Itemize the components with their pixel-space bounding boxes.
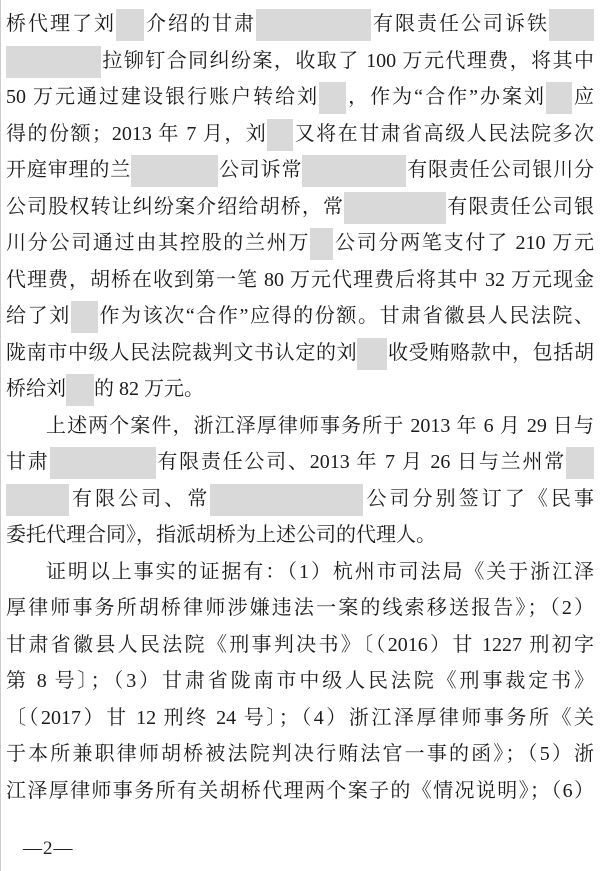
text-run: 开庭审理的兰 (6, 159, 131, 181)
text-line: 上述两个案件，浙江泽厚律师事务所于 2013 年 6 月 29 日与 (6, 408, 594, 445)
text-line: 50 万元通过建设银行账户转给刘，作为“合作”办案刘应 (6, 79, 594, 116)
text-run: 甘肃省徽县人民法院《刑事判决书》〔（2016）甘 1227 刑初字 (6, 634, 594, 656)
text-line: 〔（2017）甘 12 刑终 24 号〕；（4）浙江泽厚律师事务所《关 (6, 700, 594, 737)
text-run: 第 8 号〕；（3）甘肃省陇南市中级人民法院《刑事裁定书》 (6, 670, 594, 692)
text-run: 委托代理合同》，指派胡桥为上述公司的代理人。 (6, 524, 436, 546)
text-line: 代理费，胡桥在收到第一笔 80 万元代理费后将其中 32 万元现金 (6, 262, 594, 299)
redaction-bar (357, 338, 387, 370)
text-run: 的 82 万元。 (94, 378, 204, 400)
text-line: 川分公司通过由其控股的兰州万公司分两笔支付了 210 万元 (6, 225, 594, 262)
text-run: 有限责任公司诉铁 (371, 13, 549, 35)
document-page: 桥代理了刘介绍的甘肃有限责任公司诉铁拉铆钉合同纠纷案，收取了 100 万元代理费… (0, 0, 600, 871)
text-line: 开庭审理的兰公司诉常有限责任公司银川分 (6, 152, 594, 189)
text-run: 于本所兼职律师胡桥被法院判决行贿法官一事的函》；（5）浙 (6, 743, 594, 765)
text-line: 得的份额；2013 年 7 月，刘又将在甘肃省高级人民法院多次 (6, 116, 594, 153)
redaction-bar (267, 119, 293, 151)
text-run: 证明以上事实的证据有：（1）杭州市司法局《关于浙江泽 (46, 561, 594, 583)
text-line: 第 8 号〕；（3）甘肃省陇南市中级人民法院《刑事裁定书》 (6, 663, 594, 700)
redaction-bar (546, 82, 572, 114)
text-line: 证明以上事实的证据有：（1）杭州市司法局《关于浙江泽 (6, 554, 594, 591)
text-line: 给了刘作为该次“合作”应得的份额。甘肃省徽县人民法院、 (6, 298, 594, 335)
text-line: 桥给刘的 82 万元。 (6, 371, 594, 408)
document-body: 桥代理了刘介绍的甘肃有限责任公司诉铁拉铆钉合同纠纷案，收取了 100 万元代理费… (1, 0, 600, 809)
redaction-bar (310, 228, 333, 260)
text-run: 陇南市中级人民法院裁判文书认定的刘 (6, 342, 357, 364)
redaction-bar (6, 484, 69, 516)
text-line: 甘肃有限责任公司、2013 年 7 月 26 日与兰州常 (6, 444, 594, 481)
text-run: 桥代理了刘 (6, 13, 116, 35)
text-line: 陇南市中级人民法院裁判文书认定的刘收受贿赂款中，包括胡 (6, 335, 594, 372)
text-run: 代理费，胡桥在收到第一笔 80 万元代理费后将其中 32 万元现金 (6, 269, 594, 291)
redaction-bar (319, 82, 346, 114)
redaction-bar (71, 301, 98, 333)
text-run: 拉铆钉合同纠纷案，收取了 100 万元代理费，将其中 (101, 50, 594, 72)
text-run: 公司分别签订了《民事 (363, 488, 594, 510)
text-run: 〔（2017）甘 12 刑终 24 号〕；（4）浙江泽厚律师事务所《关 (6, 707, 594, 729)
text-run: 厚律师事务所胡桥律师涉嫌违法一案的线索移送报告》；（2） (6, 597, 594, 619)
text-run: 上述两个案件，浙江泽厚律师事务所于 2013 年 6 月 29 日与 (46, 415, 594, 437)
text-line: 厚律师事务所胡桥律师涉嫌违法一案的线索移送报告》；（2） (6, 590, 594, 627)
text-line: 拉铆钉合同纠纷案，收取了 100 万元代理费，将其中 (6, 43, 594, 80)
redaction-bar (50, 447, 156, 479)
redaction-bar (210, 484, 363, 516)
text-line: 于本所兼职律师胡桥被法院判决行贿法官一事的函》；（5）浙 (6, 736, 594, 773)
text-run: 甘肃 (6, 451, 50, 473)
redaction-bar (6, 46, 101, 78)
text-run: 作为该次“合作”应得的份额。甘肃省徽县人民法院、 (98, 305, 594, 327)
text-run: 应 (572, 86, 594, 108)
text-line: 公司股权转让纠纷案介绍给胡桥，常有限责任公司银 (6, 189, 594, 226)
text-run: 50 万元通过建设银行账户转给刘 (6, 86, 319, 108)
page-number: —2— (23, 838, 74, 860)
text-run: ，作为“合作”办案刘 (346, 86, 546, 108)
redaction-bar (66, 374, 94, 406)
redaction-bar (256, 9, 371, 41)
text-run: 给了刘 (6, 305, 71, 327)
text-run: 得的份额；2013 年 7 月，刘 (6, 123, 267, 145)
text-line: 江泽厚律师事务所有关胡桥代理两个案子的《情况说明》；（6） (6, 773, 594, 810)
text-run: 有限责任公司银川分 (406, 159, 594, 181)
redaction-bar (116, 9, 144, 41)
text-line: 桥代理了刘介绍的甘肃有限责任公司诉铁 (6, 6, 594, 43)
text-run: 介绍的甘肃 (144, 13, 256, 35)
text-run: 有限责任公司、2013 年 7 月 26 日与兰州常 (156, 451, 566, 473)
redaction-bar (131, 155, 218, 187)
text-line: 甘肃省徽县人民法院《刑事判决书》〔（2016）甘 1227 刑初字 (6, 627, 594, 664)
text-run: 有限责任公司银 (446, 196, 594, 218)
text-run: 收受贿赂款中，包括胡 (387, 342, 594, 364)
text-run: 有限公司、常 (69, 488, 210, 510)
redaction-bar (549, 9, 594, 41)
text-run: 又将在甘肃省高级人民法院多次 (293, 123, 594, 145)
text-run: 桥给刘 (6, 378, 66, 400)
text-line: 委托代理合同》，指派胡桥为上述公司的代理人。 (6, 517, 594, 554)
redaction-bar (302, 155, 406, 187)
text-run: 江泽厚律师事务所有关胡桥代理两个案子的《情况说明》；（6） (6, 780, 594, 802)
redaction-bar (344, 192, 446, 224)
text-run: 公司分两笔支付了 210 万元 (333, 232, 594, 254)
text-line: 有限公司、常公司分别签订了《民事 (6, 481, 594, 518)
text-run: 川分公司通过由其控股的兰州万 (6, 232, 310, 254)
text-run: 公司诉常 (218, 159, 302, 181)
text-run: 公司股权转让纠纷案介绍给胡桥，常 (6, 196, 344, 218)
redaction-bar (566, 447, 594, 479)
